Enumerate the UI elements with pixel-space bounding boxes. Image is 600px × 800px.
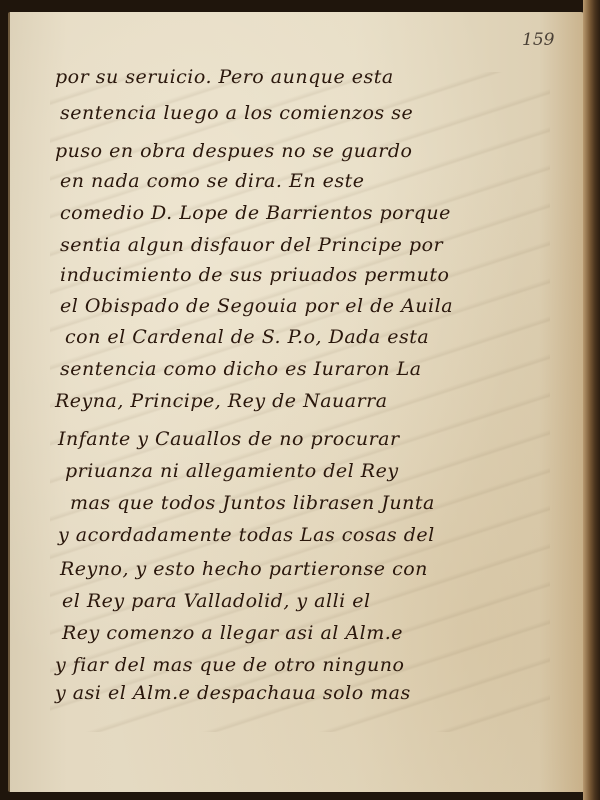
manuscript-line: y asi el Alm.e despachaua solo mas <box>55 682 411 704</box>
manuscript-line: sentia algun disfauor del Principe por <box>60 234 443 256</box>
manuscript-line: el Obispado de Segouia por el de Auila <box>60 295 453 317</box>
manuscript-line: con el Cardenal de S. P.o, Dada esta <box>65 326 429 348</box>
manuscript-line: por su seruicio. Pero aunque esta <box>55 66 394 88</box>
manuscript-line: Infante y Cauallos de no procurar <box>58 428 400 450</box>
manuscript-line: Reyno, y esto hecho partieronse con <box>60 558 428 580</box>
manuscript-line: el Rey para Valladolid, y alli el <box>62 590 371 612</box>
manuscript-line: sentencia luego a los comienzos se <box>60 102 413 124</box>
book-binding-edge <box>583 0 600 800</box>
manuscript-scan: 159 por su seruicio. Pero aunque esta se… <box>0 0 600 800</box>
manuscript-line: Reyna, Principe, Rey de Nauarra <box>55 390 388 412</box>
manuscript-line: Rey comenzo a llegar asi al Alm.e <box>62 622 403 644</box>
manuscript-line: mas que todos Juntos librasen Junta <box>70 492 435 514</box>
folio-number: 159 <box>522 30 554 50</box>
manuscript-line: comedio D. Lope de Barrientos porque <box>60 202 451 224</box>
manuscript-line: puso en obra despues no se guardo <box>55 140 412 162</box>
manuscript-line: en nada como se dira. En este <box>60 170 364 192</box>
manuscript-line: y acordadamente todas Las cosas del <box>58 524 435 546</box>
manuscript-line: y fiar del mas que de otro ninguno <box>55 654 404 676</box>
manuscript-line: inducimiento de sus priuados permuto <box>60 264 449 286</box>
manuscript-line: sentencia como dicho es Iuraron La <box>60 358 422 380</box>
manuscript-line: priuanza ni allegamiento del Rey <box>65 460 399 482</box>
